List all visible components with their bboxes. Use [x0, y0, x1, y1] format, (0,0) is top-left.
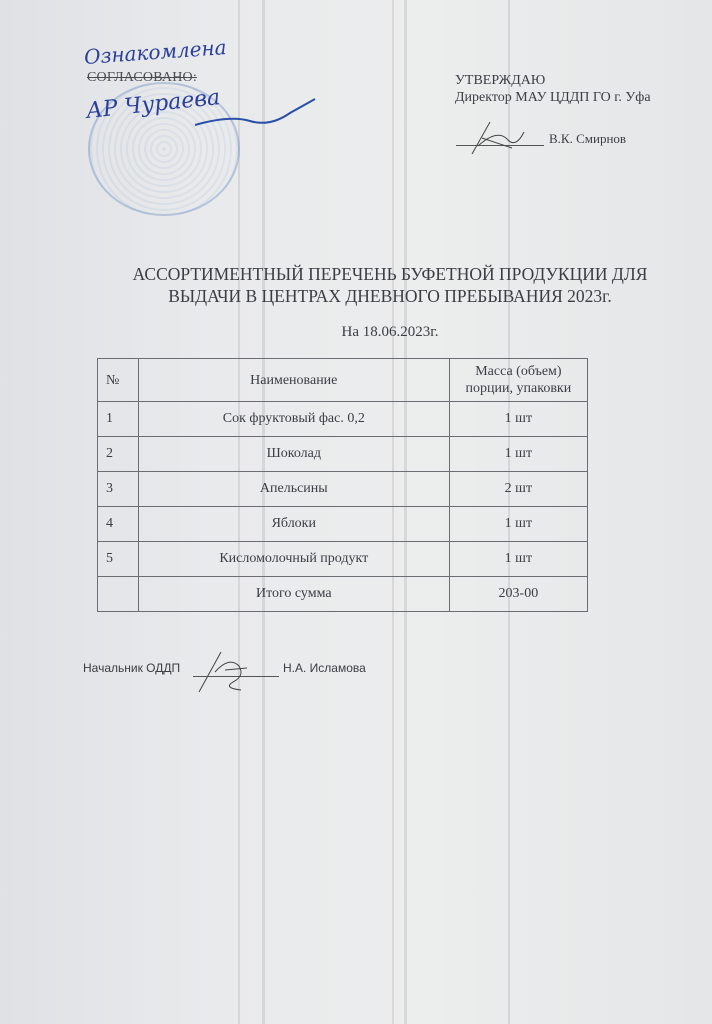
- row-name: Сок фруктовый фас. 0,2: [138, 402, 449, 437]
- row-num: 5: [98, 542, 139, 577]
- total-value: 203-00: [449, 577, 587, 612]
- document-title: АССОРТИМЕНТНЫЙ ПЕРЕЧЕНЬ БУФЕТНОЙ ПРОДУКЦ…: [100, 263, 680, 307]
- director-name: В.К. Смирнов: [549, 131, 626, 147]
- row-name: Кисломолочный продукт: [138, 542, 449, 577]
- approval-left: СОГЛАСОВАНО:: [87, 70, 197, 86]
- footer-position: Начальник ОДДП: [83, 661, 180, 675]
- row-mass: 2 шт: [449, 472, 587, 507]
- approval-left-label: СОГЛАСОВАНО:: [87, 70, 197, 85]
- row-name: Шоколад: [138, 437, 449, 472]
- row-num: 2: [98, 437, 139, 472]
- table-row: 4Яблоки1 шт: [98, 507, 588, 542]
- document-date: На 18.06.2023г.: [100, 324, 680, 341]
- approval-right: УТВЕРЖДАЮ Директор МАУ ЦДДП ГО г. Уфа: [455, 72, 651, 106]
- header-mass-line-1: Масса (объем): [450, 363, 587, 380]
- row-name: Яблоки: [138, 507, 449, 542]
- head-signature: [195, 648, 255, 694]
- row-num: 1: [98, 402, 139, 437]
- header-mass-line-2: порции, упаковки: [450, 380, 587, 397]
- approval-right-position: Директор МАУ ЦДДП ГО г. Уфа: [455, 89, 651, 106]
- row-mass: 1 шт: [449, 402, 587, 437]
- header-mass: Масса (объем) порции, упаковки: [449, 359, 587, 402]
- table-row: 2Шоколад1 шт: [98, 437, 588, 472]
- table-header-row: № Наименование Масса (объем) порции, упа…: [98, 359, 588, 402]
- row-mass: 1 шт: [449, 542, 587, 577]
- director-signature: [468, 118, 528, 158]
- row-mass: 1 шт: [449, 507, 587, 542]
- total-label: Итого сумма: [138, 577, 449, 612]
- table-row: 1Сок фруктовый фас. 0,21 шт: [98, 402, 588, 437]
- footer-name: Н.А. Исламова: [283, 661, 366, 675]
- header-name: Наименование: [138, 359, 449, 402]
- signature-stroke: [190, 95, 320, 135]
- title-line-1: АССОРТИМЕНТНЫЙ ПЕРЕЧЕНЬ БУФЕТНОЙ ПРОДУКЦ…: [100, 263, 680, 285]
- total-num: [98, 577, 139, 612]
- row-num: 3: [98, 472, 139, 507]
- header-num: №: [98, 359, 139, 402]
- table-row: 5Кисломолочный продукт1 шт: [98, 542, 588, 577]
- row-name: Апельсины: [138, 472, 449, 507]
- title-line-2: ВЫДАЧИ В ЦЕНТРАХ ДНЕВНОГО ПРЕБЫВАНИЯ 202…: [100, 285, 680, 307]
- product-table: № Наименование Масса (объем) порции, упа…: [97, 358, 588, 612]
- table-row: 3Апельсины2 шт: [98, 472, 588, 507]
- row-num: 4: [98, 507, 139, 542]
- approval-right-label: УТВЕРЖДАЮ: [455, 72, 651, 89]
- table-total-row: Итого сумма 203-00: [98, 577, 588, 612]
- row-mass: 1 шт: [449, 437, 587, 472]
